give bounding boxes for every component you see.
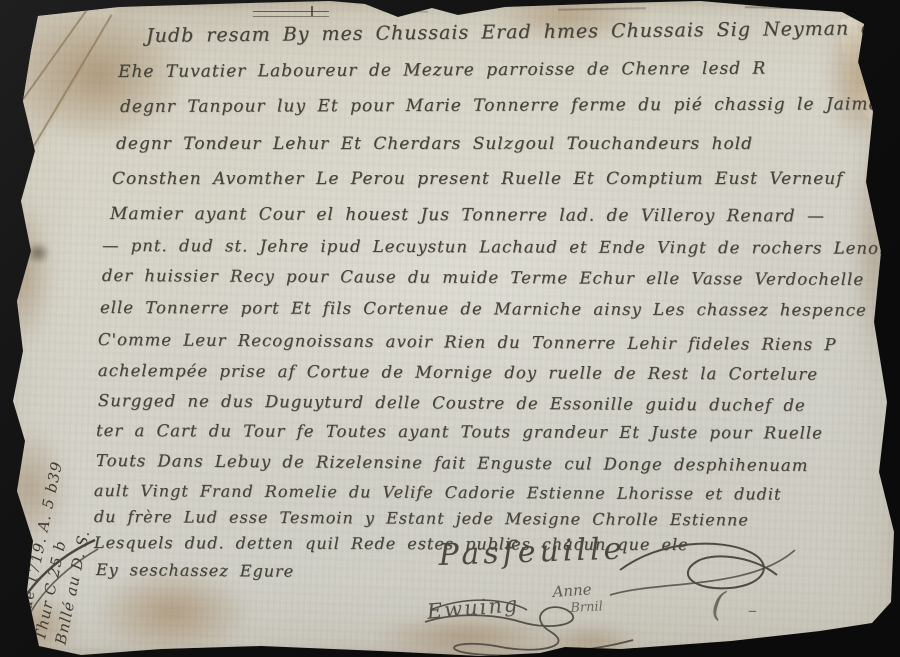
top-edge-ink-rule [558, 7, 646, 11]
stain [540, 624, 640, 657]
stain [0, 198, 54, 348]
manuscript-line: Mamier ayant Cour el houest Jus Tonnerre… [110, 204, 825, 227]
manuscript-line: der huissier Recy pour Cause du muide Te… [102, 266, 864, 290]
top-edge-ink-rule [745, 6, 833, 9]
signature-secondary-line2: Brnil [570, 599, 603, 616]
manuscript-line: Consthen Avomther Le Perou present Ruell… [112, 169, 844, 189]
manuscript-line: Surgged ne dus Duguyturd delle Coustre d… [98, 391, 806, 416]
manuscript-line: ault Vingt Frand Romelie du Velife Cador… [94, 481, 782, 504]
signature-secondary-line1: Anne [552, 580, 592, 601]
closing-parenthesis-mark: ( [710, 584, 727, 625]
signature-principal: Pasfeuille [438, 531, 626, 572]
manuscript-line: Ey seschassez Egure [96, 560, 294, 581]
ink-blot [26, 242, 50, 264]
signature-witness: Ewuing [426, 592, 520, 624]
manuscript-line: elle Tonnerre port Et fils Cortenue de M… [100, 298, 896, 321]
manuscript-line: — pnt. dud st. Jehre ipud Lecuystun Lach… [102, 236, 899, 259]
closing-dash-mark: – [748, 600, 757, 621]
manuscript-line: ter a Cart du Tour fe Toutes ayant Touts… [96, 421, 823, 443]
photo-backdrop: Judb resam By mes Chussais Erad hmes Chu… [0, 0, 900, 657]
top-edge-ink-rule [253, 11, 329, 17]
manuscript-line: achelempée prise af Cortue de Mornige do… [98, 361, 818, 385]
manuscript-line: Touts Dans Lebuy de Rizelensine fait Eng… [96, 451, 809, 476]
top-edge-ink-rule [382, 11, 428, 13]
manuscript-page: Judb resam By mes Chussais Erad hmes Chu… [0, 0, 900, 657]
manuscript-line: du frère Lud esse Tesmoin y Estant jede … [94, 507, 749, 530]
manuscript-line: Ehe Tuvatier Laboureur de Mezure parrois… [118, 59, 766, 83]
manuscript-line: degnr Tanpour luy Et pour Marie Tonnerre… [120, 94, 880, 117]
manuscript-line: degnr Tondeur Lehur Et Cherdars Sulzgoul… [116, 134, 753, 154]
manuscript-line: Judb resam By mes Chussais Erad hmes Chu… [146, 16, 900, 47]
manuscript-line: C'omme Leur Recognoissans avoir Rien du … [98, 330, 837, 355]
top-edge-ink-tick [311, 6, 313, 16]
